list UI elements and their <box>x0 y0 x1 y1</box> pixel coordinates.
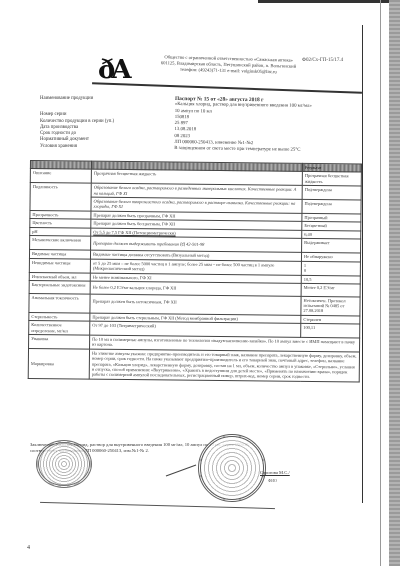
row-name: Описание <box>30 169 91 183</box>
quality-stamp <box>36 440 92 488</box>
pharmacy-seal <box>198 434 266 502</box>
header-divider <box>92 82 362 93</box>
signer-caption: ФИО <box>268 478 277 483</box>
signer-name: Строгова М.С./ <box>260 470 290 475</box>
meta-label: Условия хранения <box>40 144 155 150</box>
row-name: Аномальная токсичность <box>29 293 90 313</box>
row-name: Невидимые частицы <box>29 258 90 272</box>
row-name: Маркировка <box>28 348 89 379</box>
row-result: 100,11 <box>301 323 360 337</box>
meta-labels: Наименование продукции Номер серии Колич… <box>40 96 155 150</box>
row-result: Подтверждена <box>302 199 361 213</box>
row-result: Нетоксичен. Протокол испытаний № 0485 от… <box>301 296 360 316</box>
row-name: Механические включения <box>30 236 91 251</box>
row-result: Выдерживает <box>302 238 361 253</box>
bottom-divider <box>40 502 275 509</box>
scan-edge-line <box>380 0 381 566</box>
company-logo: ðA <box>98 55 128 85</box>
organization-header: Общество с ограниченной ответственностью… <box>141 54 316 77</box>
scan-fold-line <box>362 25 363 503</box>
scan-edge-top <box>258 0 400 3</box>
row-norm: На этикетке ампулы указано: предприятие-… <box>89 349 359 382</box>
row-result: 1 0 <box>301 261 360 275</box>
scan-edge-shadow <box>389 0 400 566</box>
row-name: Упаковка <box>29 334 90 348</box>
page-number: 4 <box>27 545 30 551</box>
specification-table: Результат ОписаниеПрозрачная бесцветная … <box>28 160 362 382</box>
row-norm: Препарат должен быть нетоксичным, ГФ XII <box>90 294 301 315</box>
signature <box>166 465 196 477</box>
row-result: Менее 0,2 ЕЭ/мг <box>301 283 360 296</box>
row-name: Подлинность <box>30 183 91 211</box>
meta-values: Паспорт № 15 от «28» августа 2018 г «Кал… <box>174 96 312 155</box>
row-name: Количественное определение, мг/мл <box>29 321 90 335</box>
row-result: Подтверждена <box>302 186 361 200</box>
table-row: МаркировкаНа этикетке ампулы указано: пр… <box>28 348 359 381</box>
meta-label: Наименование продукции <box>40 96 155 102</box>
storage-conditions: В защищенном от света месте при температ… <box>174 146 311 154</box>
row-name: Бактериальные эндотоксины <box>29 281 90 294</box>
row-result: Прозрачная бесцветная жидкость <box>302 172 361 186</box>
